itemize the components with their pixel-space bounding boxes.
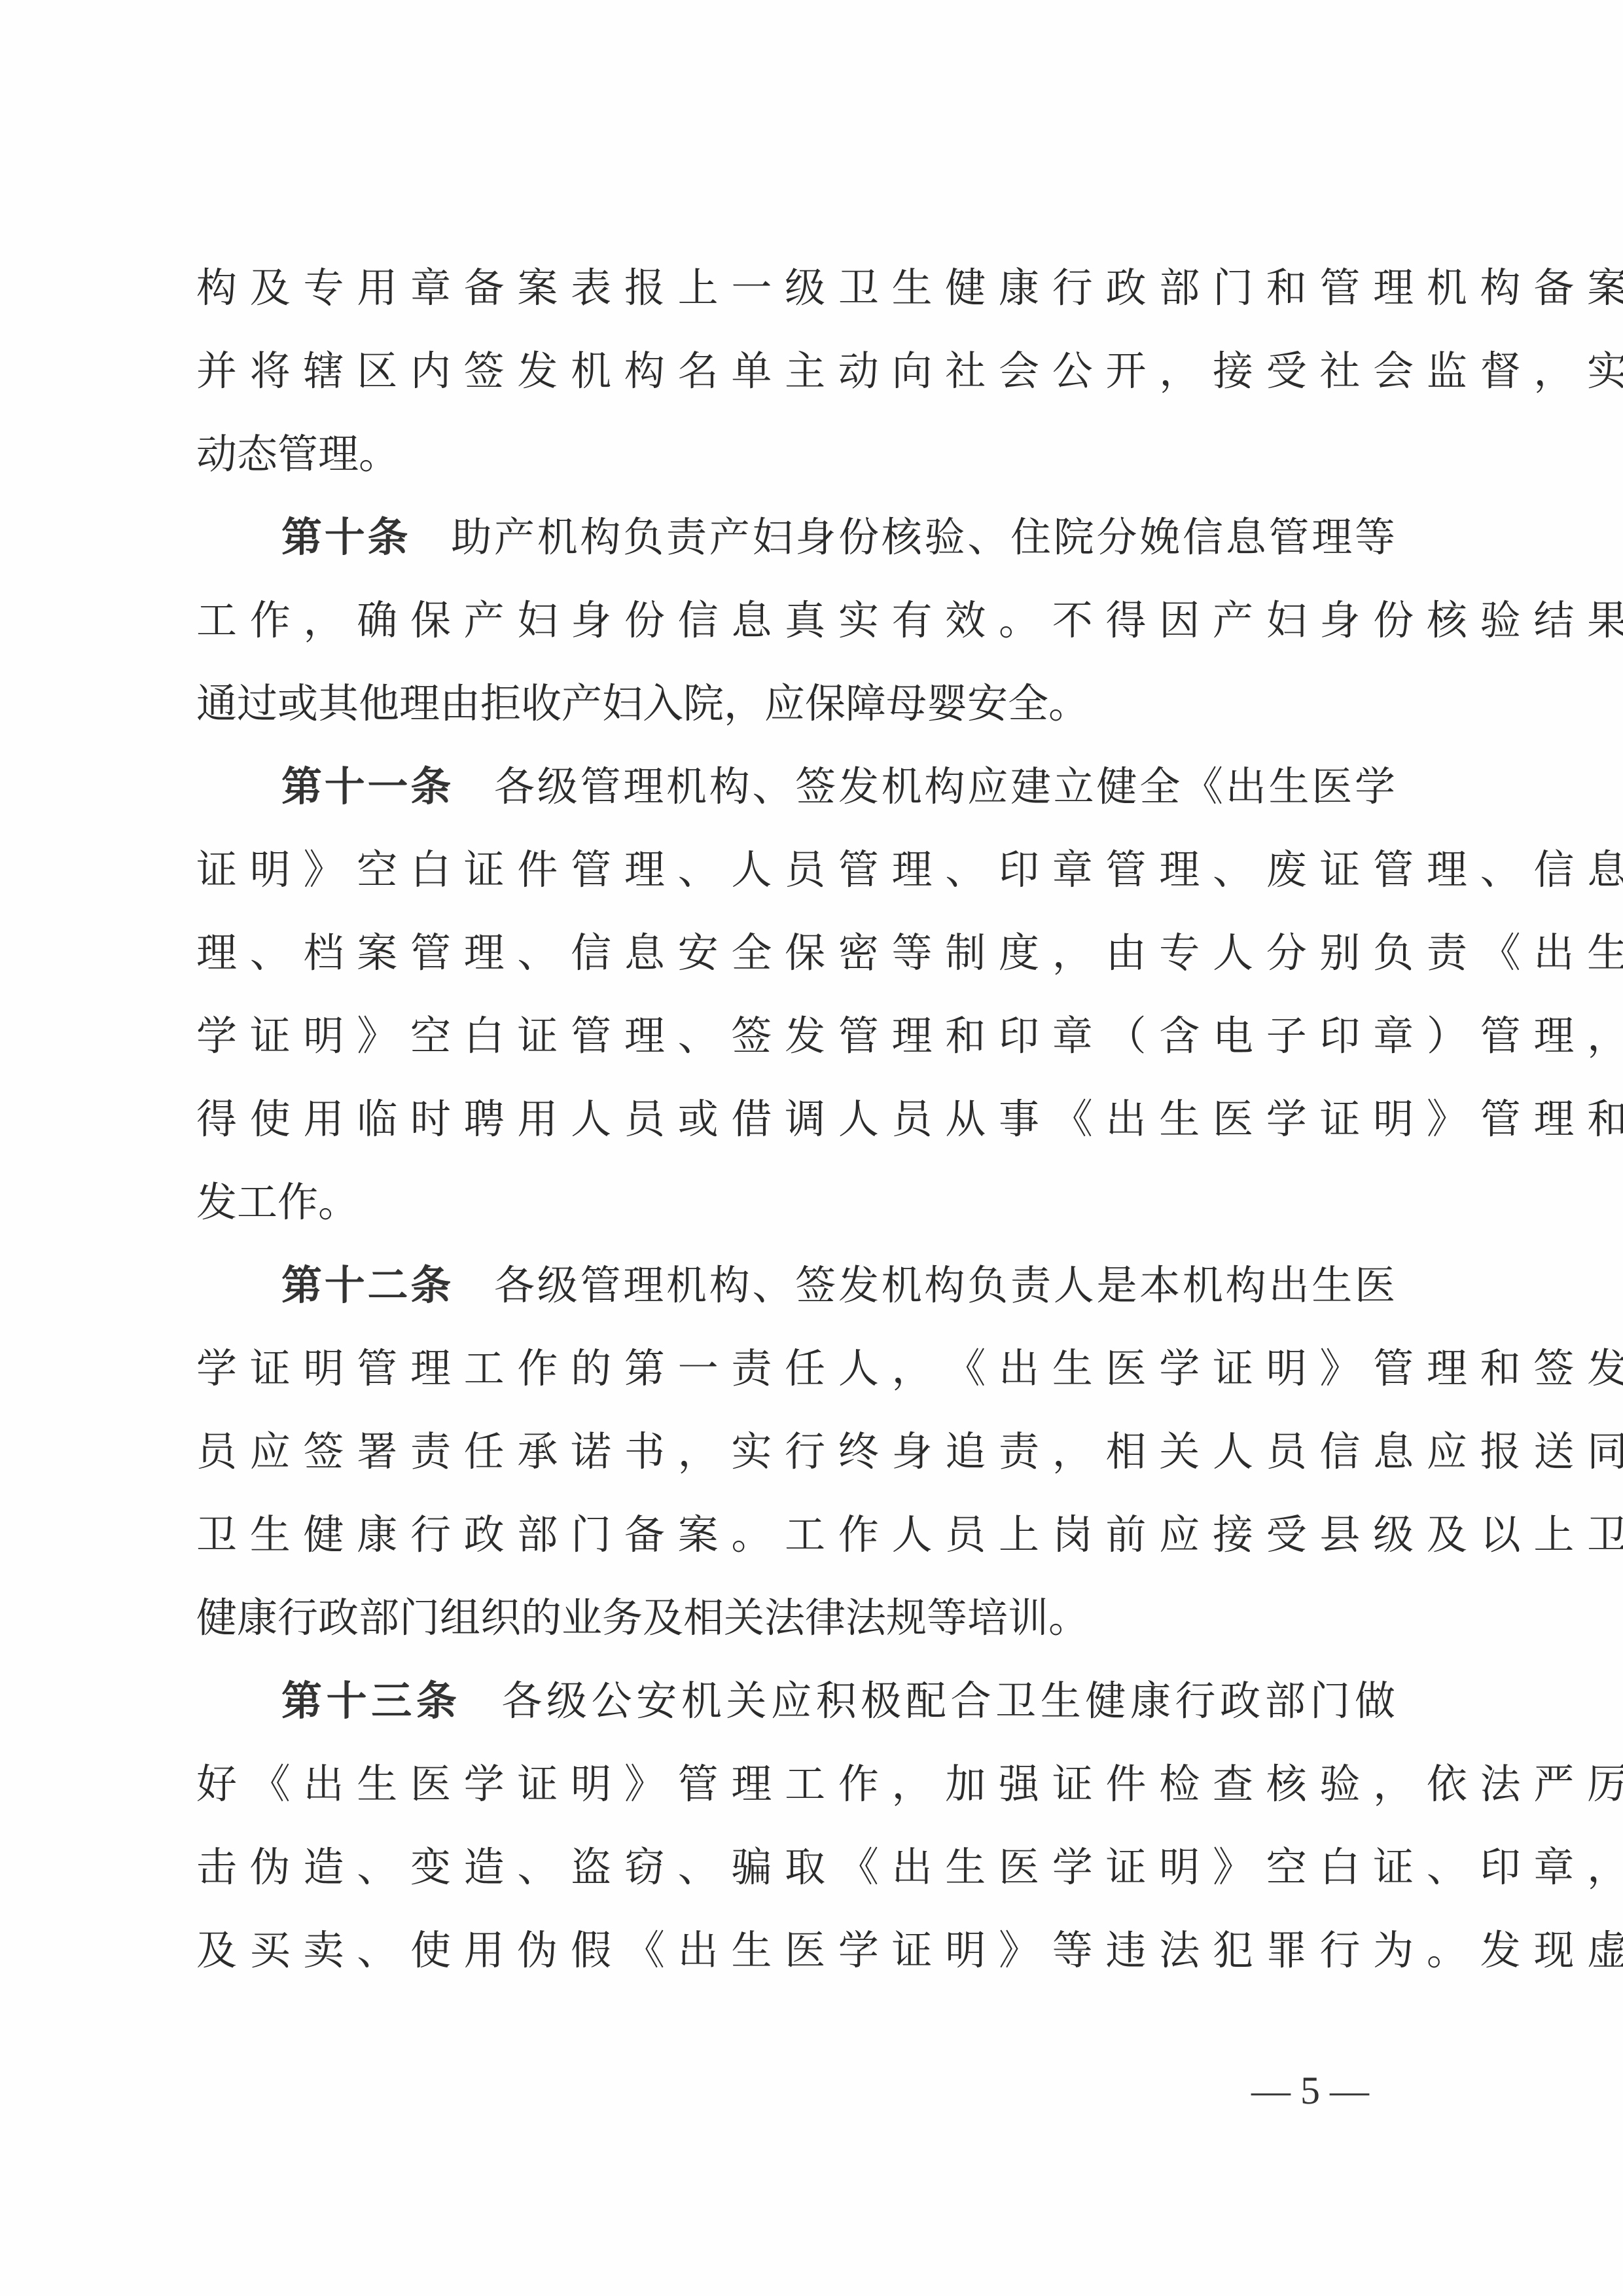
article-10-first-line: 第十条助产机构负责产妇身份核验、住院分娩信息管理等 [196, 511, 1395, 594]
article-number: 第十三条 [281, 1677, 461, 1725]
text-line: 健康行政部门组织的业务及相关法律法规等培训。 [196, 1592, 1395, 1675]
text-line: 学 证 明 管 理 工 作 的 第 一 责 任 人 ， 《 出 生 医 学 证 … [196, 1342, 1395, 1426]
text-line: 卫 生 健 康 行 政 部 门 备 案 。 工 作 人 员 上 岗 前 应 接 … [196, 1509, 1395, 1592]
article-11-first-line: 第十一条各级管理机构、签发机构应建立健全《出生医学 [196, 761, 1395, 844]
text-line: 工 作 ， 确 保 产 妇 身 份 信 息 真 实 有 效 。 不 得 因 产 … [196, 594, 1395, 677]
text-segment: 各级公安机关应积极配合卫生健康行政部门做 [501, 1677, 1395, 1725]
text-segment: 各级管理机构、签发机构负责人是本机构出生医 [494, 1261, 1395, 1309]
page-number: — 5 — [1251, 2068, 1369, 2113]
article-12-first-line: 第十二条各级管理机构、签发机构负责人是本机构出生医 [196, 1259, 1395, 1342]
text-segment: 助产机构负责产妇身份核验、住院分娩信息管理等 [451, 513, 1395, 561]
text-line: 通过或其他理由拒收产妇入院，应保障母婴安全。 [196, 677, 1395, 761]
document-page: 构 及 专 用 章 备 案 表 报 上 一 级 卫 生 健 康 行 政 部 门 … [0, 0, 1623, 2296]
text-line: 并 将 辖 区 内 签 发 机 构 名 单 主 动 向 社 会 公 开 ， 接 … [196, 345, 1395, 428]
text-line: 发工作。 [196, 1176, 1395, 1259]
text-line: 学 证 明 》 空 白 证 管 理 、 签 发 管 理 和 印 章 （ 含 电 … [196, 1010, 1395, 1093]
text-line: 及 买 卖 、 使 用 伪 假 《 出 生 医 学 证 明 》 等 违 法 犯 … [196, 1924, 1395, 2007]
text-segment: 各级管理机构、签发机构应建立健全《出生医学 [494, 762, 1395, 810]
article-number: 第十一条 [281, 762, 454, 810]
text-line: 动态管理。 [196, 428, 1395, 511]
text-line: 击 伪 造 、 变 造 、 盗 窃 、 骗 取 《 出 生 医 学 证 明 》 … [196, 1841, 1395, 1924]
text-line: 好 《 出 生 医 学 证 明 》 管 理 工 作 ， 加 强 证 件 检 查 … [196, 1758, 1395, 1841]
text-line: 构 及 专 用 章 备 案 表 报 上 一 级 卫 生 健 康 行 政 部 门 … [196, 262, 1395, 345]
text-line: 员 应 签 署 责 任 承 诺 书 ， 实 行 终 身 追 责 ， 相 关 人 … [196, 1426, 1395, 1509]
article-number: 第十条 [281, 513, 410, 561]
document-body: 构 及 专 用 章 备 案 表 报 上 一 级 卫 生 健 康 行 政 部 门 … [196, 262, 1395, 2007]
text-line: 得 使 用 临 时 聘 用 人 员 或 借 调 人 员 从 事 《 出 生 医 … [196, 1093, 1395, 1176]
article-number: 第十二条 [281, 1261, 454, 1309]
article-13-first-line: 第十三条各级公安机关应积极配合卫生健康行政部门做 [196, 1675, 1395, 1758]
text-line: 理 、 档 案 管 理 、 信 息 安 全 保 密 等 制 度 ， 由 专 人 … [196, 927, 1395, 1010]
text-line: 证 明 》 空 白 证 件 管 理 、 人 员 管 理 、 印 章 管 理 、 … [196, 844, 1395, 927]
